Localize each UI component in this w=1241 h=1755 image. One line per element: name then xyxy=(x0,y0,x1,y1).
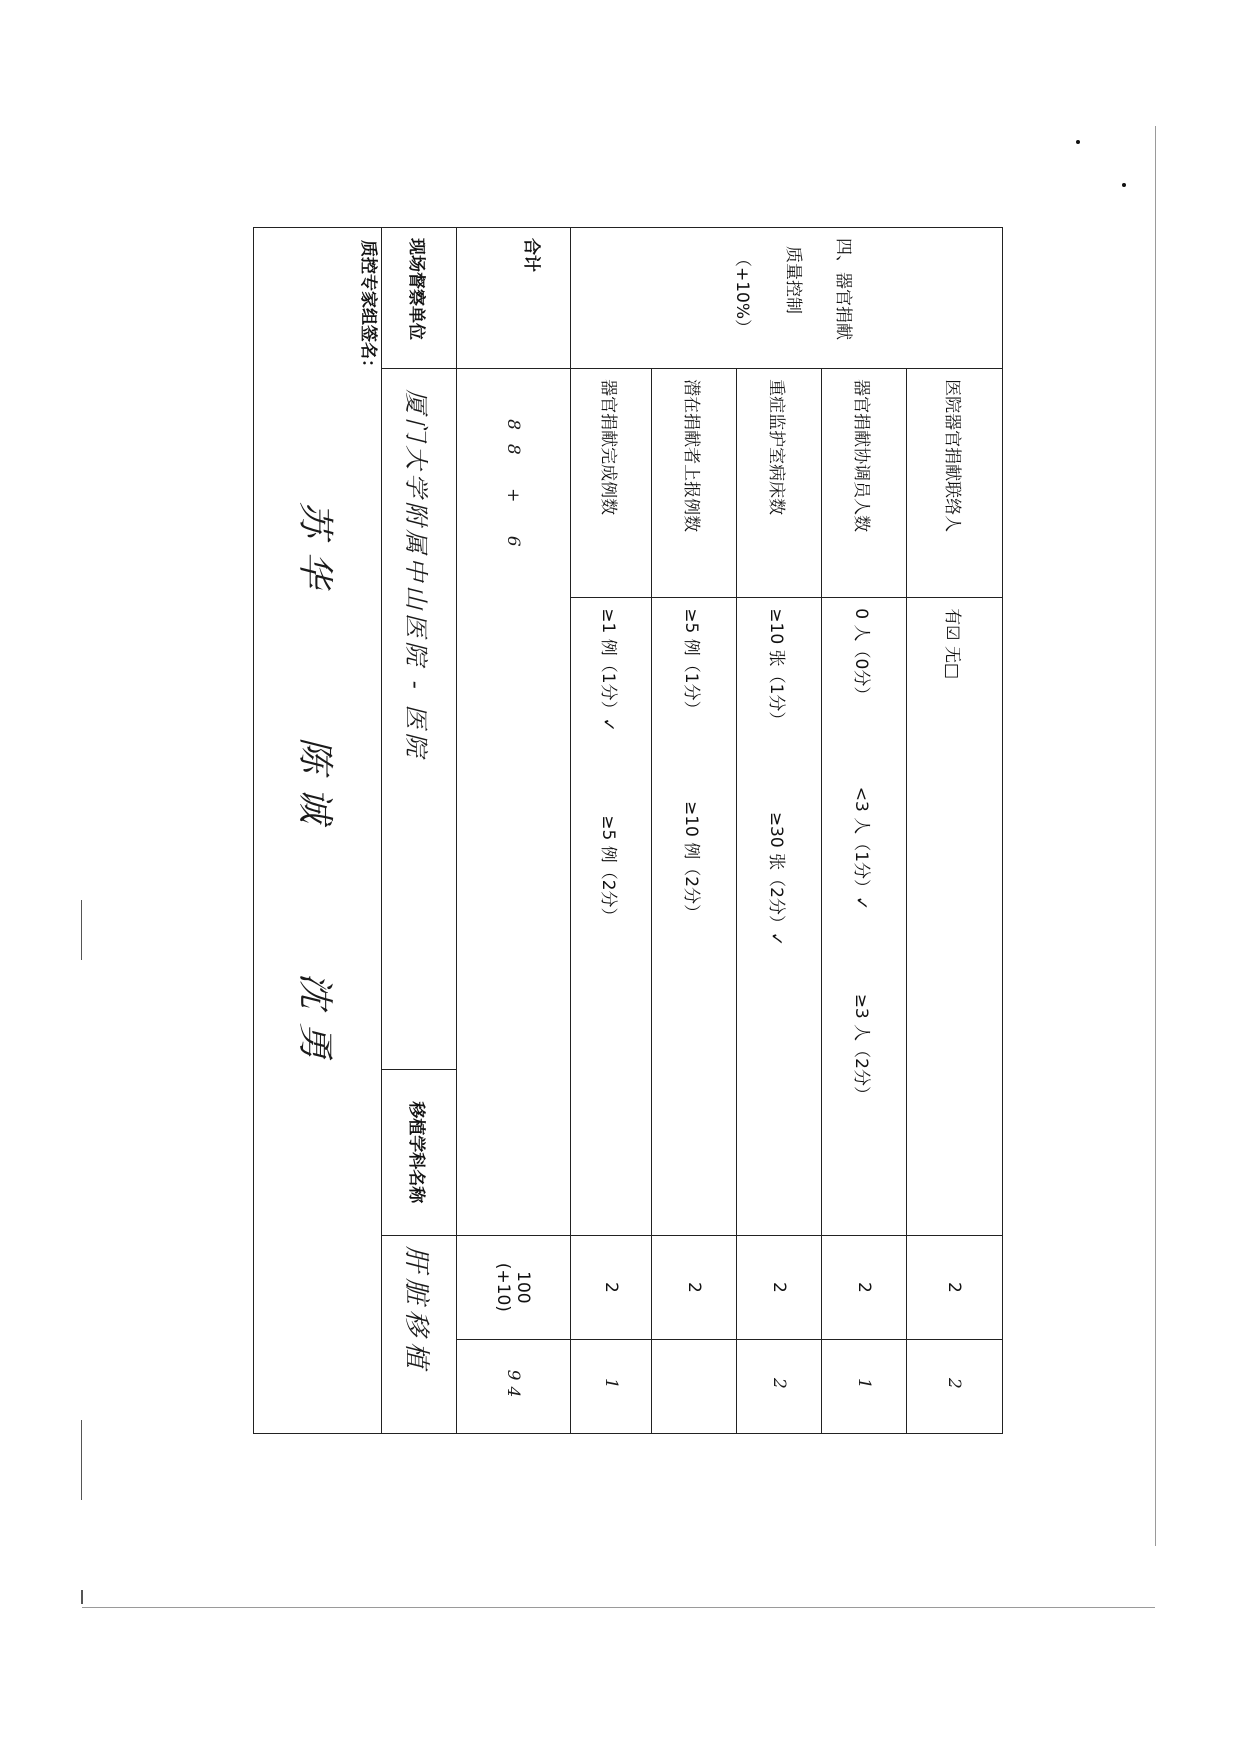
criteria-option: ≥3 人（2分） xyxy=(852,994,877,1103)
scan-speck xyxy=(1122,183,1126,187)
actual-score: 1 xyxy=(571,1339,652,1433)
criteria-option: ≥5 例（1分） xyxy=(682,608,707,717)
scan-edge-left xyxy=(81,1590,83,1604)
scan-speck xyxy=(1076,140,1080,144)
inspection-unit-cell: 厦门大学附属中山医院 - 医院 移植学科名称 xyxy=(382,369,457,1236)
full-score: 2 xyxy=(571,1235,652,1339)
criteria-cell: ≥10 张（1分） ≥30 张（2分）✓ xyxy=(737,598,822,1236)
total-full-value: 100 xyxy=(514,1246,534,1329)
actual-score: 2 xyxy=(907,1339,1003,1433)
actual-score: 1 xyxy=(822,1339,907,1433)
actual-score: 2 xyxy=(737,1339,822,1433)
quality-control-form: 四、器官捐献 质量控制 （+10%） 医院器官捐献联络人 有☑ 无□ 2 2 器… xyxy=(253,227,1003,1434)
criteria-cell: 有☑ 无□ xyxy=(907,598,1003,1236)
item-name: 潜在捐献者上报例数 xyxy=(652,369,737,598)
total-full-bonus: (+10) xyxy=(494,1246,514,1329)
total-label: 合计 xyxy=(457,228,571,369)
scan-edge-left xyxy=(81,1420,82,1500)
section-subtitle: 质量控制 xyxy=(776,238,808,358)
section-bonus: （+10%） xyxy=(726,238,758,358)
criteria-option: 0 人（0分） xyxy=(852,608,877,703)
section-label-cell: 四、器官捐献 质量控制 （+10%） xyxy=(571,228,1003,369)
total-actual-score: 94 xyxy=(457,1339,571,1433)
total-row: 合计 88 + 6 100 (+10) 94 xyxy=(457,228,571,1434)
scan-edge-bottom xyxy=(82,1607,1155,1608)
criteria-option: ≥10 张（1分） xyxy=(767,608,792,728)
table-row: 器官捐献协调员人数 0 人（0分） <3 人（1分）✓ ≥3 人（2分） 2 1 xyxy=(822,228,907,1434)
full-score: 2 xyxy=(652,1235,737,1339)
criteria-option: ≥10 例（2分） xyxy=(682,801,707,921)
criteria-cell: 0 人（0分） <3 人（1分）✓ ≥3 人（2分） xyxy=(822,598,907,1236)
actual-score xyxy=(652,1339,737,1433)
criteria-option: 有☑ 无□ xyxy=(942,608,967,679)
signature-label: 质控专家组签名： xyxy=(358,240,383,376)
item-name: 器官捐献协调员人数 xyxy=(822,369,907,598)
signature-name: 陈诚 xyxy=(292,737,343,837)
table-row: 重症监护室病床数 ≥10 张（1分） ≥30 张（2分）✓ 2 2 xyxy=(737,228,822,1434)
scan-edge-right xyxy=(1155,126,1156,1546)
signature-names: 苏华 陈诚 沈勇 xyxy=(294,501,335,1182)
signature-cell: 质控专家组签名： 苏华 陈诚 沈勇 xyxy=(254,228,382,1434)
item-name: 重症监护室病床数 xyxy=(737,369,822,598)
table-row: 器官捐献完成例数 ≥1 例（1分）✓ ≥5 例（2分） 2 1 xyxy=(571,228,652,1434)
signature-row: 质控专家组签名： 苏华 陈诚 沈勇 xyxy=(254,228,382,1434)
total-handwritten: 88 + 6 xyxy=(457,369,571,1236)
full-score: 2 xyxy=(737,1235,822,1339)
item-name: 医院器官捐献联络人 xyxy=(907,369,1003,598)
inspection-unit-label: 现场督察单位 xyxy=(382,228,457,369)
criteria-option: <3 人（1分）✓ xyxy=(852,787,877,911)
rotated-form-sheet: 四、器官捐献 质量控制 （+10%） 医院器官捐献联络人 有☑ 无□ 2 2 器… xyxy=(254,227,1003,1434)
discipline-value: 肝脏移植 xyxy=(382,1235,457,1433)
inspection-row: 现场督察单位 厦门大学附属中山医院 - 医院 移植学科名称 肝脏移植 xyxy=(382,228,457,1434)
full-score: 2 xyxy=(907,1235,1003,1339)
criteria-cell: ≥5 例（1分） ≥10 例（2分） xyxy=(652,598,737,1236)
discipline-label: 移植学科名称 xyxy=(382,1069,456,1235)
scan-edge-left xyxy=(81,900,82,960)
table-row: 四、器官捐献 质量控制 （+10%） 医院器官捐献联络人 有☑ 无□ 2 2 xyxy=(907,228,1003,1434)
criteria-option: ≥30 张（2分）✓ xyxy=(767,812,792,946)
signature-name: 沈勇 xyxy=(292,972,343,1072)
total-full-score: 100 (+10) xyxy=(457,1235,571,1339)
criteria-option: ≥5 例（2分） xyxy=(599,815,624,924)
signature-name: 苏华 xyxy=(292,501,343,601)
criteria-option: ≥1 例（1分）✓ xyxy=(599,608,624,732)
inspection-unit-value: 厦门大学附属中山医院 - 医院 xyxy=(382,369,456,1069)
item-name: 器官捐献完成例数 xyxy=(571,369,652,598)
table-row: 潜在捐献者上报例数 ≥5 例（1分） ≥10 例（2分） 2 xyxy=(652,228,737,1434)
full-score: 2 xyxy=(822,1235,907,1339)
criteria-cell: ≥1 例（1分）✓ ≥5 例（2分） xyxy=(571,598,652,1236)
section-title: 四、器官捐献 xyxy=(827,238,859,358)
